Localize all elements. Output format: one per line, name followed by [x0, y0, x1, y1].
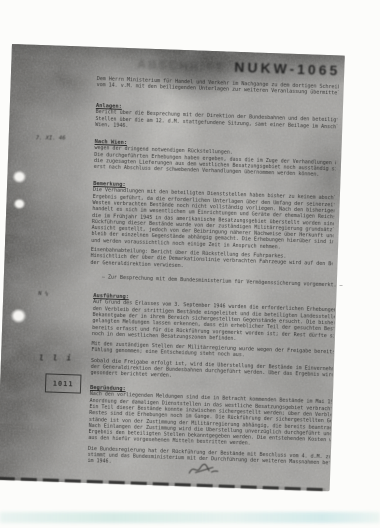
- handwritten-scribble-mark: [187, 462, 221, 477]
- handwritten-margin-strokes: l l i: [39, 354, 73, 363]
- section-nach-wien: Nach Wien: wegen der dringend notwendige…: [94, 139, 337, 179]
- section-bemerkung: Bemerkung: Die Verhandlungen mit den bet…: [91, 181, 335, 252]
- title-main-text: NUKW-1065: [234, 59, 341, 79]
- handwritten-margin-note: N ¼: [38, 291, 48, 297]
- stamp-box: 1011: [45, 373, 82, 393]
- document-title-line: ABSCHRIFT NUKW-1065: [137, 53, 341, 79]
- section-body: Nach den vorliegenden Meldungen sind die…: [88, 391, 332, 450]
- title-faint-text: ABSCHRIFT: [137, 57, 225, 74]
- handwritten-margin-note: 7. XI. 46: [36, 135, 66, 141]
- punch-hole: [10, 308, 27, 324]
- section-anlagen: Anlagen: Bericht über die Besprechung mi…: [95, 103, 338, 137]
- punch-hole: [13, 198, 25, 209]
- section-ausfuehrung: Ausführung: Auf Grund des Erlasses vom 3…: [90, 293, 335, 385]
- scanned-photo-page: { "document": { "kind": "heavily degrade…: [0, 0, 380, 528]
- photocopy-sheet: ABSCHRIFT NUKW-1065 Dem Herrn Ministeriu…: [0, 44, 345, 491]
- sheet-bottom-edge: [0, 477, 326, 491]
- intro-paragraph: Dem Herrn Ministerium für Handel und Ver…: [96, 76, 338, 97]
- scanner-light-band: [0, 512, 380, 523]
- indented-note-line: – Zur Besprechung mit dem Bundesminister…: [102, 274, 344, 289]
- section-begruendung: Begründung: Nach den vorliegenden Meldun…: [87, 385, 332, 473]
- section-body: Auf Grund des Erlasses vom 3. September …: [92, 299, 335, 345]
- typescript-line: – Zur Besprechung mit dem Bundesminister…: [102, 274, 344, 289]
- punch-hole: [12, 170, 26, 183]
- section-body: Sobald die Freigabe erfolgt ist, wird di…: [90, 358, 333, 385]
- stamp-text: 1011: [53, 379, 74, 388]
- section-body: Die Verhandlungen mit den beteiligten Di…: [91, 187, 335, 252]
